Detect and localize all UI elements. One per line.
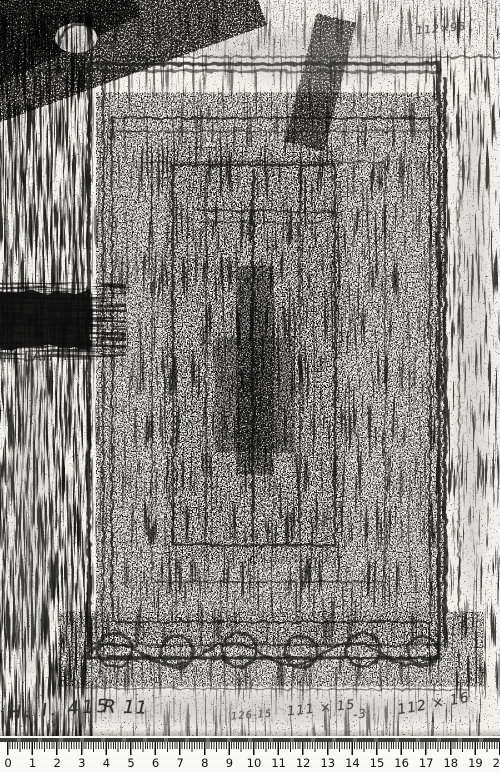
ruler-number: 5 — [127, 756, 134, 770]
ruler: 01234567891011121314151617181920 — [0, 736, 500, 772]
ruler-number: 6 — [152, 756, 159, 770]
ruler-number: 10 — [247, 756, 262, 770]
ruler-number: 9 — [226, 756, 233, 770]
ruler-number: 0 — [4, 756, 11, 770]
rubbing-image — [0, 0, 500, 738]
ruler-number: 3 — [78, 756, 85, 770]
ruler-number: 19 — [468, 756, 483, 770]
ruler-number: 1 — [29, 756, 36, 770]
ruler-shadow — [0, 729, 500, 736]
ruler-number: 18 — [443, 756, 458, 770]
scanned-rubbing-page: 112×95 m. LAH 4 H. I. 415 R 11 126-15 11… — [0, 0, 500, 772]
ruler-number: 4 — [103, 756, 110, 770]
ruler-number: 8 — [201, 756, 208, 770]
ruler-number: 15 — [370, 756, 385, 770]
ruler-number: 14 — [345, 756, 360, 770]
annotation-left-margin: m. LAH 4 — [0, 349, 70, 365]
ruler-number: 16 — [394, 756, 409, 770]
ink-blob — [0, 286, 120, 356]
ruler-numbers: 01234567891011121314151617181920 — [0, 736, 500, 772]
ruler-number: 17 — [419, 756, 434, 770]
ruler-number: 2 — [54, 756, 61, 770]
annotation-r-number: R 11 — [103, 698, 149, 718]
ruler-number: 11 — [271, 756, 286, 770]
ruler-number: 7 — [177, 756, 184, 770]
ruler-number: 20 — [493, 756, 500, 770]
ruler-number: 12 — [296, 756, 311, 770]
bottom-frieze — [78, 615, 464, 683]
annotation-dash: -3 — [352, 707, 367, 720]
ruler-number: 13 — [320, 756, 335, 770]
